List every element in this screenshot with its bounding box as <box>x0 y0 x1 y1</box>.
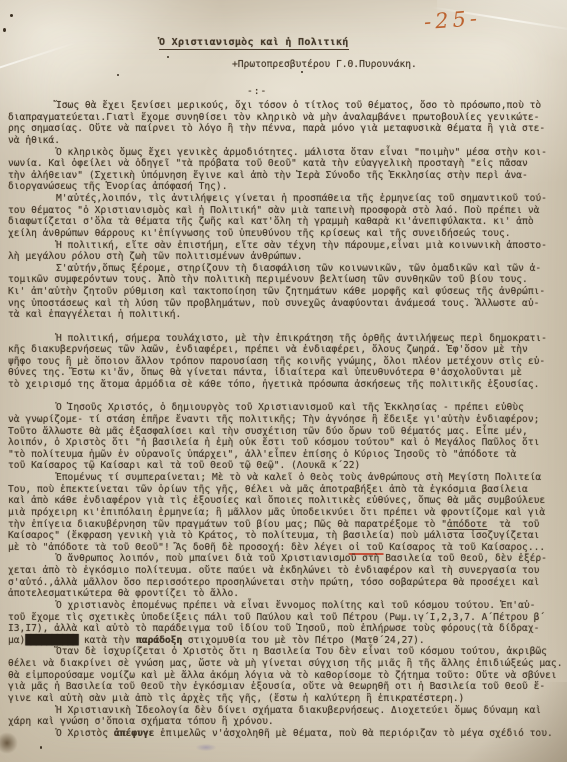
document-body: Ἴσως θὰ ἔχει ξενίσει μερικούς, ὄχι τόσον… <box>8 100 564 739</box>
paper-stain <box>0 732 18 754</box>
paragraph: Σ'αὐτήν,ὅπως ξέρομε, στηρίζουν τὴ διασφά… <box>8 263 564 321</box>
text-line: νωνία. Καὶ ὀφείλει νὰ ὁδηγεῖ "τὰ πρόβατα… <box>8 158 564 170</box>
ink-speck <box>3 28 6 32</box>
paragraph: Ὁ Ἰησοῦς Χριστός, ὁ δημιουργὸς τοῦ Χριστ… <box>8 402 564 472</box>
text-line: χεται ἀπὸ τὸ ἐγκόσμιο πολίτευμα. οὔτε πα… <box>8 565 564 577</box>
text-line: μιὰ πρόχειρη κι'ἐπιπόλαιη ἑρμηνεία; ἢ μᾶ… <box>8 507 564 519</box>
text-line: Του, ποὺ ἐπεκτείνεται τῶν ὁρίων τῆς γῆς,… <box>8 484 564 496</box>
text-line: Ὁ Χριστὸς ἀπέφυγε ἐπιμελῶς ν'ἀσχοληθῆ μὲ… <box>8 728 564 740</box>
text-line: θὰ εἰμπορούσαμε νομίζω καὶ μὲ ἄλλα ἀκόμη… <box>8 670 564 682</box>
text-line: τὸ χειρισμό της ἄτομα ἁρμόδια σὲ κάθε τό… <box>8 379 564 391</box>
paragraph: Ἑπομένως τί συμπεραίνεται; Μὲ τὸ νὰ καλε… <box>8 472 564 553</box>
handwritten-page-number: -25- <box>423 6 481 34</box>
text-line: κῆς διακυβερνήσεως τῶν λαῶν, ἐνδιαφέρει,… <box>8 344 564 356</box>
text-line: ἀποτελεσματικώτερα θὰ φροντίζει τὸ ἄλλο. <box>8 588 564 600</box>
section-separator: -:- <box>247 86 267 97</box>
text-line: μα)██████████ κατὰ τὴν παράδοξη στιχομυθ… <box>8 635 564 647</box>
text-line: θέλει νὰ διακρίνει σὲ γνώση μας, ὥστε νὰ… <box>8 658 564 670</box>
text-line: νὰ γνωρίζομε- τί στάση ἐπῆρε ἔναντι τῆς … <box>8 414 564 426</box>
text-line: "τὸ πολίτευμα ἡμῶν ἐν οὐρανοῖς ὑπάρχει",… <box>8 449 564 461</box>
author-byline: +Πρωτοπρεσβυτέρου Γ.Θ.Πυρουνάκη. <box>232 59 417 70</box>
paragraph: Ὁ Χριστὸς ἀπέφυγε ἐπιμελῶς ν'ἀσχοληθῆ μὲ… <box>8 728 564 740</box>
text-line: τοῦ Καίσαρος τῷ Καίσαρι καὶ τὰ τοῦ Θεοῦ … <box>8 460 564 472</box>
ink-speck <box>10 14 13 17</box>
typewritten-page: -25- Ὁ Χριστιανισμὸς καὶ ἡ Πολιτική +Πρω… <box>0 0 567 762</box>
text-line: Ὁ χριστιανὸς ἑπομένως πρέπει νὰ εἶναι ἔν… <box>8 600 564 612</box>
underlined-word: ἀπόδοτε <box>447 519 487 530</box>
ink-speck <box>167 56 169 58</box>
text-line: σ'αὐτό.,ἀλλὰ μᾶλλον ὅσο περισσότερο προσ… <box>8 577 564 589</box>
paragraph: Ἡ Χριστιανικὴ Ἰδεολογία δὲν δίνει σχήματ… <box>8 705 564 728</box>
text-line: Κι' ἀπ'αὐτὴν ζητοῦν ρύθμιση καὶ τακτοποί… <box>8 286 564 298</box>
text-line: γινε καὶ αὐτὴ σὰν μιὰ ἀπὸ τὶς ἀρχὲς τῆς … <box>8 693 564 705</box>
paragraph: Ἡ πολιτική, σήμερα τουλάχιστο, μὲ τὴν ἐπ… <box>8 333 564 391</box>
text-line: χείλη ἀνθρώπων θάρρους κι'ἐπίγνωσης τοῦ … <box>8 228 564 240</box>
paragraph: Ἡ πολιτική, εἴτε σὰν ἐπιστήμη, εἴτε σὰν … <box>8 240 564 263</box>
paragraph: Ὁ χριστιανὸς ἑπομένως πρέπει νὰ εἶναι ἔν… <box>8 600 564 647</box>
red-underlined-phrase: οἱ τοῦ <box>349 542 384 553</box>
text-line: τὰ καὶ ἐπαγγέλεται ἡ πολιτική. <box>8 309 564 321</box>
crossed-out-word: ██████████ <box>25 635 78 646</box>
ink-speck <box>301 71 303 73</box>
text-line: τοῦ ἔχομε τὶς σχετικὲς ὑποδείξεις πάλι τ… <box>8 612 564 624</box>
text-line: του θέματος "ὁ Χριστιανισμὸς καὶ ἡ Πολιτ… <box>8 205 564 217</box>
overtyped-word: παράδοξη <box>136 635 182 646</box>
text-line: Ὁ ἄνθρωπος λοιπόν, ποὺ μπαίνει διὰ τοῦ Χ… <box>8 553 564 565</box>
text-line: τὴν ἐπίγεια διακυβέρνηση τῶν πραγμάτων τ… <box>8 519 564 531</box>
paper-crease <box>0 41 78 71</box>
text-line: λὴ μεγάλου ρόλου στὴ ζωὴ τῶν πολιτισμένω… <box>8 251 564 263</box>
text-line: Ἡ πολιτική, σήμερα τουλάχιστο, μὲ τὴν ἐπ… <box>8 333 564 345</box>
text-line: Σ'αὐτήν,ὅπως ξέρομε, στηρίζουν τὴ διασφά… <box>8 263 564 275</box>
text-line: Ἴσως θὰ ἔχει ξενίσει μερικούς, ὄχι τόσον… <box>8 100 564 112</box>
text-line: Ἡ πολιτική, εἴτε σὰν ἐπιστήμη, εἴτε σὰν … <box>8 240 564 252</box>
ink-speck <box>117 74 119 76</box>
text-line: Ἡ Χριστιανικὴ Ἰδεολογία δὲν δίνει σχήματ… <box>8 705 564 717</box>
paragraph: Μ'αὐτές,λοιπόν, τὶς ἀντιλήψεις γίνεται ἡ… <box>8 193 564 240</box>
text-line: Τοῦτο ἄλλωστε θὰ μᾶς ἐξασφαλίσει καὶ τὴν… <box>8 426 564 438</box>
text-line: γιὰ μᾶς ἡ Βασιλεία τοῦ Θεοῦ τὴν ἐγκόσμια… <box>8 681 564 693</box>
text-line: Ὁ Ἰησοῦς Χριστός, ὁ δημιουργὸς τοῦ Χριστ… <box>8 402 564 414</box>
text-line: χάρη καὶ γνώση σ'ὅποια σχήματα τόπου ἢ χ… <box>8 716 564 728</box>
text-line: Μ'αὐτές,λοιπόν, τὶς ἀντιλήψεις γίνεται ἡ… <box>8 193 564 205</box>
text-line: Ἑπομένως τί συμπεραίνεται; Μὲ τὸ νὰ καλε… <box>8 472 564 484</box>
paper-stain <box>196 744 216 751</box>
text-line: διοργανώσεως τῆς Ἐνορίας ἀπόφασή Της). <box>8 181 564 193</box>
paragraph: Ἴσως θὰ ἔχει ξενίσει μερικούς, ὄχι τόσον… <box>8 100 564 147</box>
paragraph: Ὁ ἄνθρωπος λοιπόν, ποὺ μπαίνει διὰ τοῦ Χ… <box>8 553 564 600</box>
text-line: Ὅταν δὲ ἰσχυρίζεται ὁ Χριστὸς ὅτι η Βασι… <box>8 646 564 658</box>
text-line: νὰ ἠθικά. <box>8 135 564 147</box>
text-line: ρης σημασίας. Οὔτε νὰ παίρνει τὸ λόγο ἢ … <box>8 123 564 135</box>
paragraph: Ὁ κληρικὸς ὅμως ἔχει γενικὲς ἁρμοδιότητε… <box>8 147 564 194</box>
text-line: Ι3,Ι7), ἀλλὰ καὶ αὐτὸ τὸ παράδειγμα τοῦ … <box>8 623 564 635</box>
ink-speck <box>40 746 42 749</box>
text-line: θύνες της. Ἔστω κι'ἄν, ὅπως θὰ γίνεται π… <box>8 367 564 379</box>
text-line: νης ὑποστάσεως καὶ τὴ λύση τῶν προβλημάτ… <box>8 298 564 310</box>
text-line: διαπραγματεύεται.Γιατὶ ἔχομε συνηθίσει τ… <box>8 112 564 124</box>
text-line: καὶ ἀπὸ κάθε ἐνδιαφέρον γιὰ τὶς ἐξουσίες… <box>8 495 564 507</box>
text-line: Ὁ κληρικὸς ὅμως ἔχει γενικὲς ἁρμοδιότητε… <box>8 147 564 159</box>
document-title: Ὁ Χριστιανισμὸς καὶ ἡ Πολιτική <box>159 37 349 50</box>
text-line: ψῆφο τους ἢ μὲ ὅποιον ἄλλον τρόπον παρου… <box>8 356 564 368</box>
text-line: διαφωτίζεται σ'ὅλα τὰ θέματα τῆς ζωῆς κα… <box>8 216 564 228</box>
text-line: τομικῶν συμφερόντων τους. Ἀπὸ τὴν πολιτι… <box>8 274 564 286</box>
text-line: τὴν ἀλήθειαν" (Σχετικὴ ὑπόμνηση ἔγινε κα… <box>8 170 564 182</box>
text-line: λοιπόν, ὁ Χριστὸς ὅτι "ἡ βασιλεία ἡ ἐμὴ … <box>8 437 564 449</box>
overtyped-word: ἀπέφυγε <box>114 728 154 739</box>
text-line: Καίσαρος" (ἔκφραση γενικὴ γιὰ τὸ Κράτος,… <box>8 530 564 542</box>
paragraph: Ὅταν δὲ ἰσχυρίζεται ὁ Χριστὸς ὅτι η Βασι… <box>8 646 564 704</box>
text-line: μὲ τὸ "ἀπόδοτε τὰ τοῦ Θεοῦ"! Ἂς δοθῆ δὲ … <box>8 542 564 554</box>
